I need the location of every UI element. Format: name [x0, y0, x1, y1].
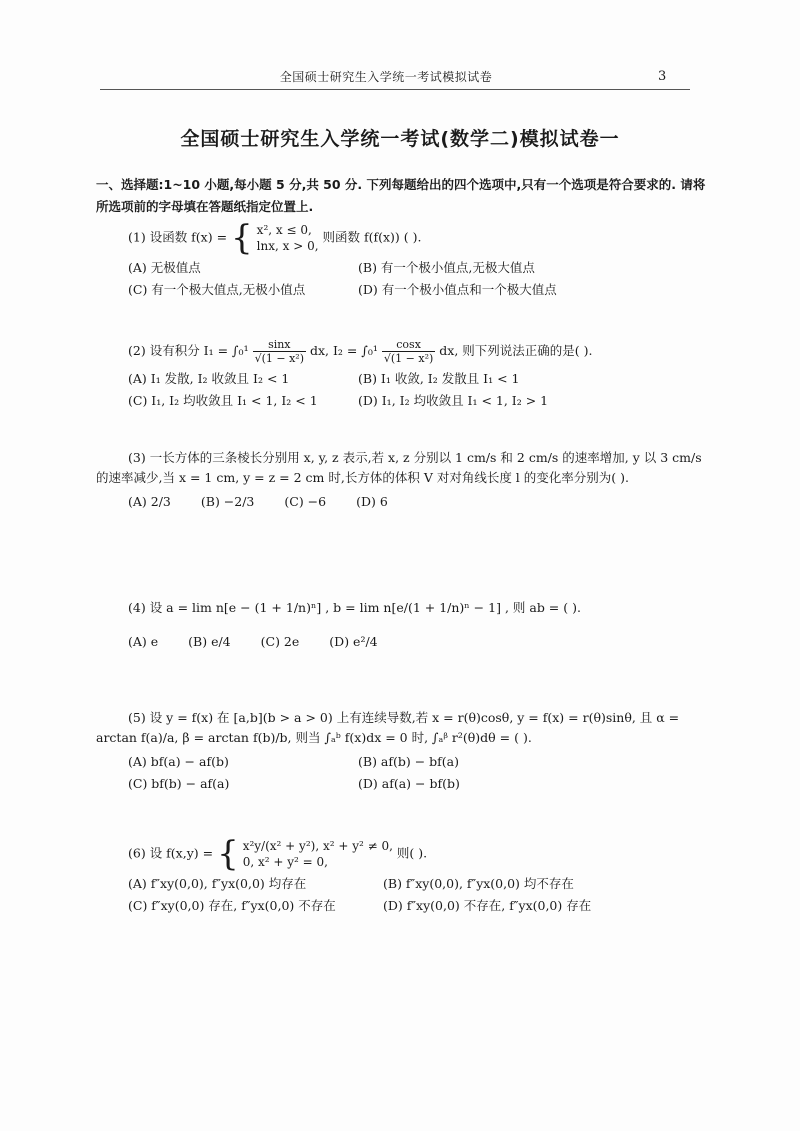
- q5-stem: 设 y = f(x) 在 [a,b](b > a > 0) 上有连续导数,若 x…: [96, 710, 679, 745]
- q2-stem-prefix: 设有积分 I₁ = ∫₀¹: [150, 343, 249, 358]
- question-5: (5) 设 y = f(x) 在 [a,b](b > a > 0) 上有连续导数…: [96, 708, 706, 794]
- q6-options: (A) f″xy(0,0), f″yx(0,0) 均存在 (B) f″xy(0,…: [128, 874, 643, 916]
- q4-option-c: (C) 2e: [261, 632, 300, 652]
- denominator: √(1 − x²): [382, 352, 435, 365]
- question-2: (2) 设有积分 I₁ = ∫₀¹ sinx √(1 − x²) dx, I₂ …: [128, 338, 618, 411]
- q2-options: (A) I₁ 发散, I₂ 收敛且 I₂ < 1 (B) I₁ 收敛, I₂ 发…: [128, 369, 618, 411]
- q2-option-b: (B) I₁ 收敛, I₂ 发散且 I₁ < 1: [358, 369, 618, 389]
- q6-case-2: 0, x² + y² = 0,: [243, 854, 393, 870]
- q1-option-b: (B) 有一个极小值点,无极大值点: [358, 258, 618, 278]
- q4-option-d: (D) e²/4: [329, 632, 377, 652]
- q1-case-1: x², x ≤ 0,: [257, 222, 319, 238]
- numerator: cosx: [382, 338, 435, 352]
- q6-number: (6): [128, 846, 146, 861]
- q2-option-a: (A) I₁ 发散, I₂ 收敛且 I₂ < 1: [128, 369, 358, 389]
- q1-stem-suffix: 则函数 f(f(x)) ( ).: [323, 230, 422, 245]
- question-3: (3) 一长方体的三条棱长分别用 x, y, z 表示,若 x, z 分别以 1…: [96, 448, 706, 512]
- q2-stem-suffix: dx, 则下列说法正确的是( ).: [439, 343, 592, 358]
- numerator: sinx: [253, 338, 306, 352]
- q5-options: (A) bf(a) − af(b) (B) af(b) − bf(a) (C) …: [128, 752, 706, 794]
- denominator: √(1 − x²): [253, 352, 306, 365]
- q2-fraction-2: cosx √(1 − x²): [382, 338, 435, 365]
- q1-cases: x², x ≤ 0, lnx, x > 0,: [257, 222, 319, 254]
- q1-option-a: (A) 无极值点: [128, 258, 358, 278]
- section-intro: 一、选择题:1~10 小题,每小题 5 分,共 50 分. 下列每题给出的四个选…: [96, 174, 706, 218]
- running-head: 全国硕士研究生入学统一考试模拟试卷: [100, 68, 672, 85]
- exam-page: 全国硕士研究生入学统一考试模拟试卷 3 全国硕士研究生入学统一考试(数学二)模拟…: [0, 0, 800, 1131]
- q6-stem-prefix: 设 f(x,y) =: [150, 846, 213, 861]
- q5-number: (5): [128, 710, 146, 725]
- q3-option-c: (C) −6: [284, 492, 326, 512]
- q4-options: (A) e (B) e/4 (C) 2e (D) e²/4: [128, 632, 581, 652]
- q3-number: (3): [128, 450, 146, 465]
- question-6: (6) 设 f(x,y) = { x²y/(x² + y²), x² + y² …: [128, 838, 643, 916]
- q4-stem-suffix: , 则 ab = ( ).: [505, 600, 581, 615]
- header-rule: [100, 89, 690, 90]
- q4-option-b: (B) e/4: [188, 632, 230, 652]
- q1-option-d: (D) 有一个极小值点和一个极大值点: [358, 280, 618, 300]
- question-4: (4) 设 a = lim n[e − (1 + 1/n)ⁿ] , b = li…: [128, 598, 581, 652]
- q3-option-b: (B) −2/3: [201, 492, 255, 512]
- q3-stem: 一长方体的三条棱长分别用 x, y, z 表示,若 x, z 分别以 1 cm/…: [96, 450, 702, 485]
- q1-case-2: lnx, x > 0,: [257, 238, 319, 254]
- page-title: 全国硕士研究生入学统一考试(数学二)模拟试卷一: [100, 124, 700, 151]
- q3-options: (A) 2/3 (B) −2/3 (C) −6 (D) 6: [128, 492, 706, 512]
- q1-stem-prefix: 设函数 f(x) =: [150, 230, 227, 245]
- q3-option-d: (D) 6: [356, 492, 388, 512]
- q6-cases: x²y/(x² + y²), x² + y² ≠ 0, 0, x² + y² =…: [243, 838, 393, 870]
- brace: {: [231, 218, 253, 258]
- q4-option-a: (A) e: [128, 632, 158, 652]
- brace: {: [217, 834, 239, 874]
- q4-stem-b: , b = lim n[e/(1 + 1/n)ⁿ − 1]: [325, 600, 501, 615]
- q5-option-b: (B) af(b) − bf(a): [358, 752, 618, 772]
- q5-option-d: (D) af(a) − bf(b): [358, 774, 618, 794]
- q6-option-d: (D) f″xy(0,0) 不存在, f″yx(0,0) 存在: [383, 896, 643, 916]
- q3-option-a: (A) 2/3: [128, 492, 171, 512]
- question-1: (1) 设函数 f(x) = { x², x ≤ 0, lnx, x > 0, …: [128, 222, 618, 300]
- q1-option-c: (C) 有一个极大值点,无极小值点: [128, 280, 358, 300]
- q4-number: (4): [128, 600, 146, 615]
- q4-stem-a: 设 a = lim n[e − (1 + 1/n)ⁿ]: [150, 600, 322, 615]
- q1-number: (1): [128, 230, 146, 245]
- q6-stem-suffix: 则( ).: [397, 846, 427, 861]
- q2-option-d: (D) I₁, I₂ 均收敛且 I₁ < 1, I₂ > 1: [358, 391, 618, 411]
- q1-options: (A) 无极值点 (B) 有一个极小值点,无极大值点 (C) 有一个极大值点,无…: [128, 258, 618, 300]
- q5-option-a: (A) bf(a) − af(b): [128, 752, 358, 772]
- q6-case-1: x²y/(x² + y²), x² + y² ≠ 0,: [243, 838, 393, 854]
- q5-option-c: (C) bf(b) − af(a): [128, 774, 358, 794]
- q6-option-b: (B) f″xy(0,0), f″yx(0,0) 均不存在: [383, 874, 643, 894]
- q6-option-c: (C) f″xy(0,0) 存在, f″yx(0,0) 不存在: [128, 896, 383, 916]
- q6-option-a: (A) f″xy(0,0), f″yx(0,0) 均存在: [128, 874, 383, 894]
- page-number: 3: [658, 69, 666, 84]
- q2-number: (2): [128, 343, 146, 358]
- q2-stem-mid: dx, I₂ = ∫₀¹: [310, 343, 378, 358]
- q2-fraction-1: sinx √(1 − x²): [253, 338, 306, 365]
- q2-option-c: (C) I₁, I₂ 均收敛且 I₁ < 1, I₂ < 1: [128, 391, 358, 411]
